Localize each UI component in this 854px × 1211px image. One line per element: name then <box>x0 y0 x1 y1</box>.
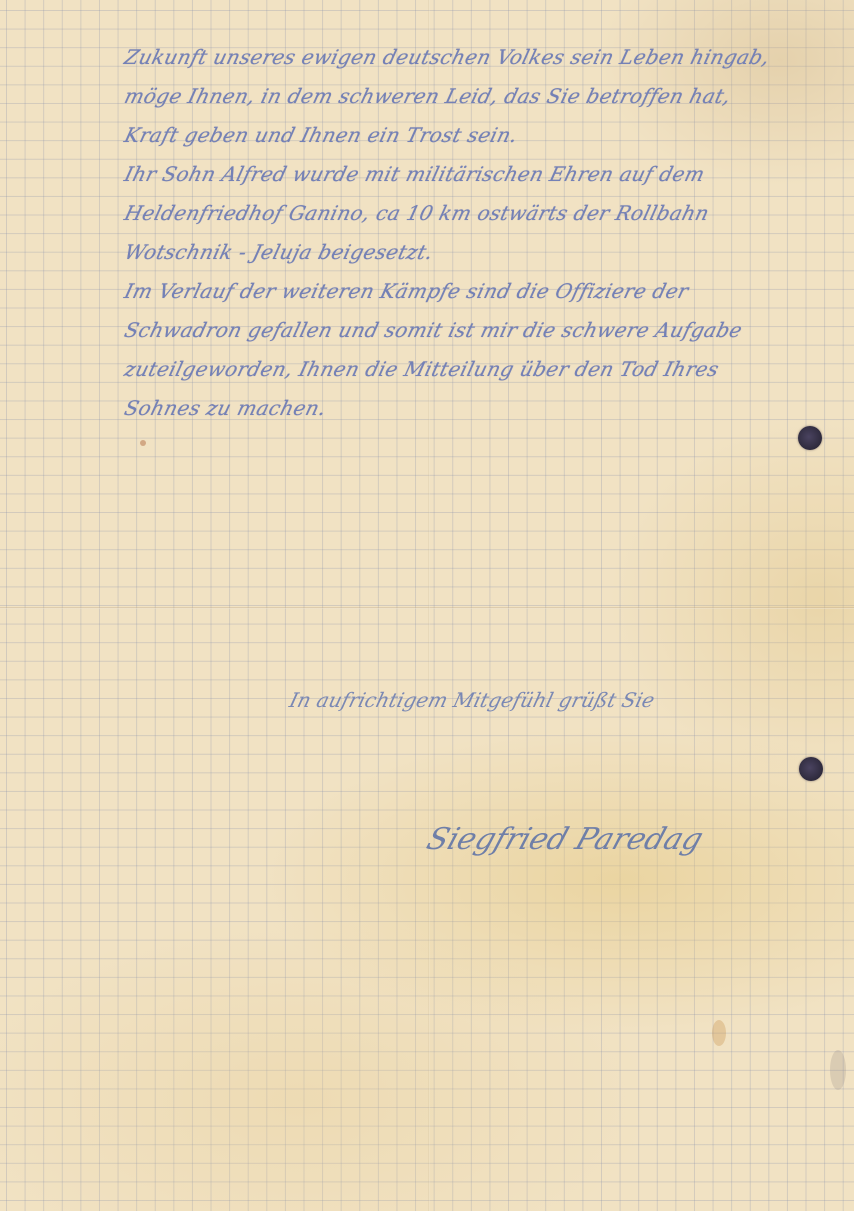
closing-greeting: In aufrichtigem Mitgefühl grüßt Sie <box>287 688 813 712</box>
letter-line: Schwadron gefallen und somit ist mir die… <box>120 311 840 350</box>
letter-line: Wotschnik - Jeluja beigesetzt. <box>120 233 840 272</box>
letter-line: zuteilgeworden, Ihnen die Mitteilung übe… <box>120 350 840 389</box>
paper-stain <box>830 1050 846 1090</box>
signature: Siegfried Paredag <box>422 822 707 857</box>
letter-body: Zukunft unseres ewigen deutschen Volkes … <box>120 38 830 428</box>
letter-line: Sohnes zu machen. <box>120 389 840 428</box>
letter-line: Heldenfriedhof Ganino, ca 10 km ostwärts… <box>120 194 840 233</box>
paper-stain <box>712 1020 726 1046</box>
letter-line: möge Ihnen, in dem schweren Leid, das Si… <box>120 77 840 116</box>
letter-line: Ihr Sohn Alfred wurde mit militärischen … <box>120 155 840 194</box>
letter-line: Zukunft unseres ewigen deutschen Volkes … <box>120 38 840 77</box>
punch-hole-icon <box>798 426 822 450</box>
letter-line: Kraft geben und Ihnen ein Trost sein. <box>120 116 840 155</box>
punch-hole-icon <box>799 757 823 781</box>
letter-page: Zukunft unseres ewigen deutschen Volkes … <box>0 0 854 1211</box>
letter-line: Im Verlauf der weiteren Kämpfe sind die … <box>120 272 840 311</box>
horizontal-fold-crease <box>0 607 854 609</box>
paper-stain <box>140 440 146 446</box>
